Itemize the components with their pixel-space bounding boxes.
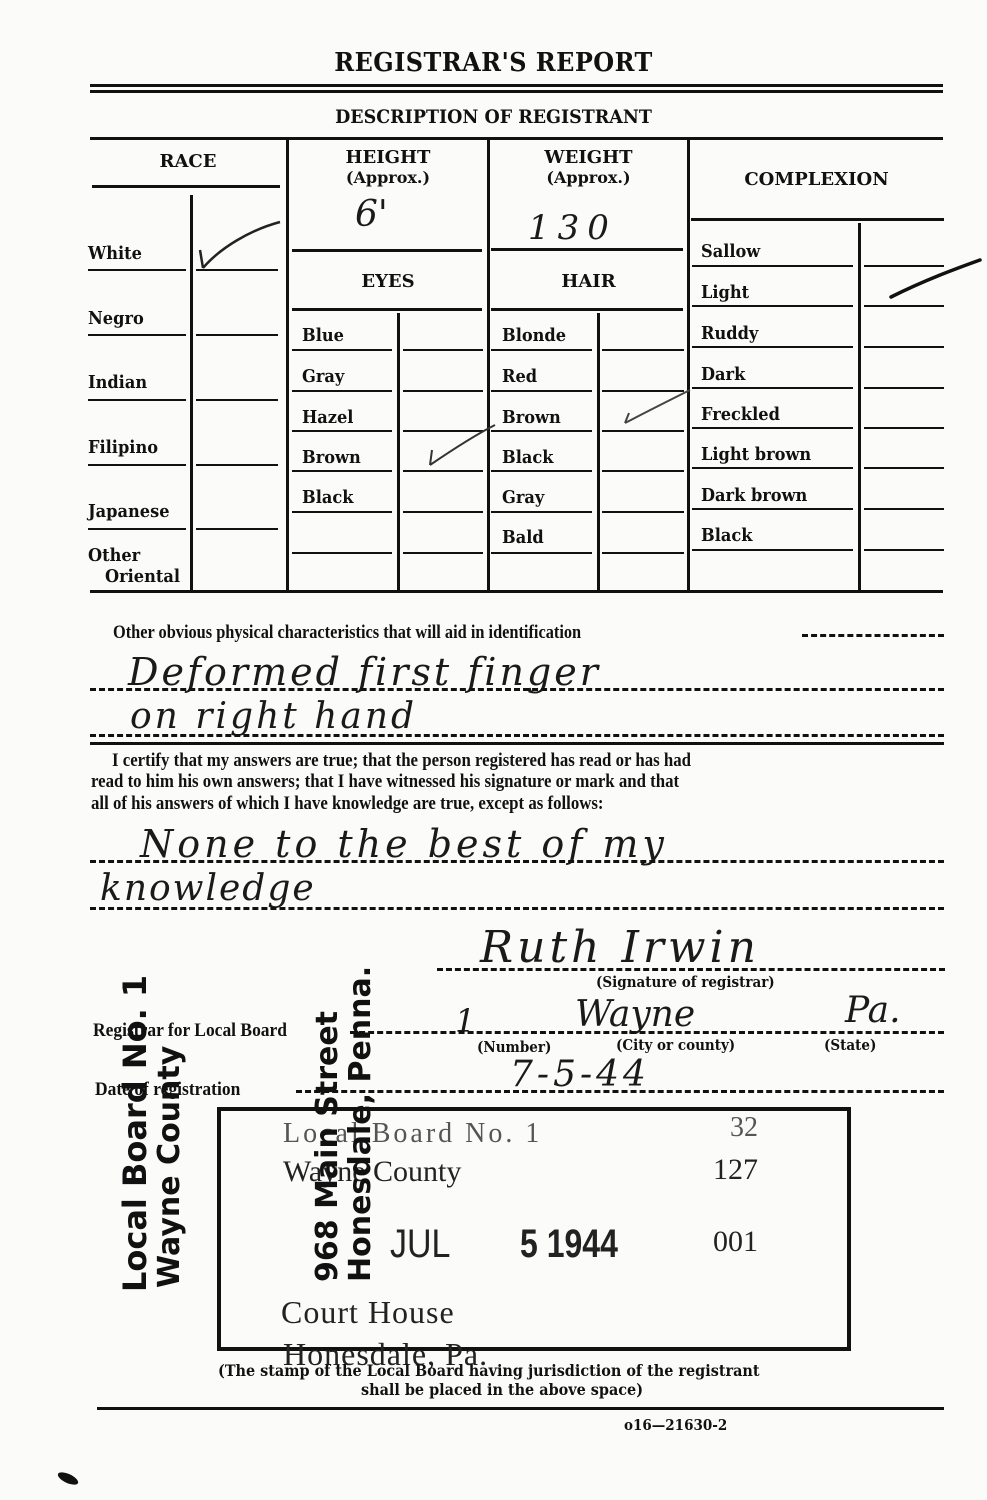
- eyes-line: [292, 430, 392, 432]
- eyes-option-black: Black: [302, 487, 353, 508]
- race-header-underline: [92, 185, 280, 188]
- local-board-state[interactable]: Pa.: [845, 990, 901, 1031]
- race-option-other-line1: Other: [88, 545, 140, 566]
- eyes-header-underline: [292, 308, 482, 311]
- complexion-line: [692, 508, 853, 510]
- col-divider-race: [286, 140, 289, 592]
- eyes-option-gray: Gray: [302, 366, 344, 387]
- stamp-instruction-1: (The stamp of the Local Board having jur…: [218, 1361, 760, 1380]
- dotted-line: [802, 634, 944, 637]
- hair-line: [491, 511, 592, 513]
- weight-approx: (Approx.): [490, 168, 687, 187]
- eyes-line: [292, 470, 392, 472]
- city-caption: (City or county): [616, 1036, 735, 1054]
- complexion-checkbox-dark-brown[interactable]: [864, 508, 944, 510]
- race-checkbox-indian[interactable]: [196, 399, 278, 401]
- eyes-checkbox-divider: [397, 313, 400, 592]
- hair-line: [491, 349, 592, 351]
- vertical-stamp-line4: Honesdale, Penna.: [343, 966, 378, 1282]
- col-divider-weight: [687, 140, 690, 592]
- checkmark-icon: [885, 255, 985, 305]
- race-checkbox-japanese[interactable]: [196, 528, 278, 530]
- dotted-line: [90, 860, 944, 863]
- complexion-option-dark: Dark: [701, 364, 745, 385]
- eyes-checkbox-gray[interactable]: [403, 390, 483, 392]
- weight-value[interactable]: 130: [528, 208, 617, 248]
- height-value[interactable]: 6': [355, 194, 388, 235]
- complexion-option-light: Light: [701, 282, 749, 303]
- race-checkbox-negro[interactable]: [196, 334, 278, 336]
- other-characteristics-label: Other obvious physical characteristics t…: [113, 622, 581, 644]
- complexion-option-dark-brown: Dark brown: [701, 485, 807, 506]
- certification-text-2: read to him his own answers; that I have…: [91, 771, 679, 793]
- complexion-option-black: Black: [701, 525, 752, 546]
- col-divider-height: [487, 140, 490, 592]
- hair-option-bald: Bald: [502, 527, 544, 548]
- date-of-registration-value[interactable]: 7-5-44: [510, 1054, 650, 1095]
- complexion-checkbox-light-brown[interactable]: [864, 467, 944, 469]
- signature-caption: (Signature of registrar): [596, 973, 775, 991]
- height-underline: [292, 249, 482, 252]
- race-line: [88, 269, 186, 271]
- race-option-white: White: [88, 243, 142, 264]
- hair-checkbox-brown[interactable]: [602, 430, 684, 432]
- hair-line: [491, 552, 592, 554]
- complexion-checkbox-ruddy[interactable]: [864, 346, 944, 348]
- checkmark-icon: [190, 218, 285, 273]
- section-divider: [90, 742, 944, 745]
- bottom-divider: [97, 1407, 944, 1410]
- registrar-signature[interactable]: Ruth Irwin: [480, 922, 760, 973]
- vertical-stamp-line3: 968 Main Street: [310, 1011, 345, 1282]
- eyes-checkbox-blue[interactable]: [403, 349, 483, 351]
- page-title: REGISTRAR'S REPORT: [39, 48, 947, 78]
- hair-checkbox-divider: [597, 313, 600, 592]
- eyes-option-blue: Blue: [302, 325, 344, 346]
- hair-line: [491, 430, 592, 432]
- stamp-line4: Court House: [281, 1294, 455, 1331]
- race-header: RACE: [90, 152, 286, 171]
- hair-option-brown: Brown: [502, 407, 561, 428]
- weight-underline: [491, 248, 683, 251]
- certification-answer-2[interactable]: knowledge: [100, 868, 316, 909]
- race-checkbox-filipino[interactable]: [196, 464, 278, 466]
- eyes-checkbox-black[interactable]: [403, 511, 483, 513]
- complexion-option-ruddy: Ruddy: [701, 323, 758, 344]
- eyes-line: [292, 552, 392, 554]
- dotted-line: [350, 1031, 944, 1034]
- hair-header-underline: [491, 308, 683, 311]
- hair-header: HAIR: [490, 272, 687, 291]
- height-header: HEIGHT: [289, 148, 487, 167]
- race-line: [88, 528, 186, 530]
- stamp-date-day-year: 5 1944: [520, 1222, 618, 1267]
- eyes-option-brown: Brown: [302, 447, 361, 468]
- complexion-line: [692, 346, 853, 348]
- race-line: [88, 464, 186, 466]
- hair-line: [491, 390, 592, 392]
- eyes-line: [292, 511, 392, 513]
- race-option-other-line2: Oriental: [105, 566, 180, 587]
- complexion-checkbox-divider: [858, 223, 861, 592]
- certification-text-1: I certify that my answers are true; that…: [112, 750, 691, 772]
- weight-header: WEIGHT: [490, 148, 687, 167]
- stamp-date-month: JUL: [390, 1222, 450, 1267]
- race-line: [88, 334, 186, 336]
- certification-text-3: all of his answers of which I have knowl…: [91, 793, 604, 815]
- complexion-checkbox-light[interactable]: [864, 305, 944, 307]
- table-top-border: [90, 137, 943, 140]
- complexion-checkbox-freckled[interactable]: [864, 427, 944, 429]
- race-option-japanese: Japanese: [88, 501, 170, 522]
- complexion-line: [692, 549, 853, 551]
- complexion-header: COMPLEXION: [690, 170, 943, 189]
- complexion-line: [692, 467, 853, 469]
- title-divider-top: [90, 84, 943, 87]
- hair-option-gray: Gray: [502, 487, 544, 508]
- eyes-checkbox-brown[interactable]: [403, 470, 483, 472]
- stamp-code3: 001: [713, 1225, 758, 1259]
- ink-blot: [56, 1470, 80, 1487]
- complexion-header-underline: [691, 218, 944, 221]
- race-option-filipino: Filipino: [88, 437, 158, 458]
- eyes-line: [403, 552, 483, 554]
- hair-checkbox-gray[interactable]: [602, 511, 684, 513]
- race-line: [88, 399, 186, 401]
- eyes-header: EYES: [289, 272, 487, 291]
- checkmark-icon: [420, 420, 500, 470]
- vertical-stamp-line2: Wayne County: [152, 1046, 187, 1288]
- hair-line: [491, 470, 592, 472]
- checkmark-icon: [615, 385, 695, 430]
- hair-checkbox-blonde[interactable]: [602, 349, 684, 351]
- eyes-line: [292, 349, 392, 351]
- vertical-stamp-line1: Local Board No. 1: [116, 975, 154, 1292]
- dotted-line: [296, 1090, 944, 1093]
- hair-checkbox-black[interactable]: [602, 470, 684, 472]
- height-approx: (Approx.): [289, 168, 487, 187]
- stamp-code1: 32: [730, 1112, 758, 1144]
- complexion-line: [692, 427, 853, 429]
- dotted-line: [90, 907, 944, 910]
- state-caption: (State): [824, 1036, 876, 1054]
- race-option-negro: Negro: [88, 308, 144, 329]
- form-number: o16—21630-2: [624, 1416, 727, 1434]
- hair-option-red: Red: [502, 366, 537, 387]
- complexion-option-light-brown: Light brown: [701, 444, 811, 465]
- section-subtitle: DESCRIPTION OF REGISTRANT: [39, 106, 947, 128]
- dotted-line: [437, 968, 945, 971]
- complexion-checkbox-black[interactable]: [864, 549, 944, 551]
- eyes-option-hazel: Hazel: [302, 407, 353, 428]
- other-characteristics-line2[interactable]: on right hand: [130, 696, 417, 737]
- hair-checkbox-bald[interactable]: [602, 552, 684, 554]
- race-option-indian: Indian: [88, 372, 147, 393]
- table-bottom-border: [90, 590, 943, 593]
- hair-option-blonde: Blonde: [502, 325, 566, 346]
- complexion-checkbox-dark[interactable]: [864, 387, 944, 389]
- dotted-line: [90, 734, 944, 737]
- stamp-code2: 127: [713, 1153, 758, 1187]
- hair-option-black: Black: [502, 447, 553, 468]
- dotted-line: [90, 688, 944, 691]
- eyes-line: [292, 390, 392, 392]
- complexion-line: [692, 305, 853, 307]
- stamp-instruction-2: shall be placed in the above space): [361, 1380, 643, 1399]
- complexion-option-sallow: Sallow: [701, 241, 760, 262]
- complexion-line: [692, 387, 853, 389]
- title-divider-bottom: [90, 90, 943, 93]
- complexion-line: [692, 265, 853, 267]
- complexion-option-freckled: Freckled: [701, 404, 780, 425]
- local-board-number[interactable]: 1: [455, 1002, 475, 1040]
- local-board-county[interactable]: Wayne: [575, 994, 695, 1035]
